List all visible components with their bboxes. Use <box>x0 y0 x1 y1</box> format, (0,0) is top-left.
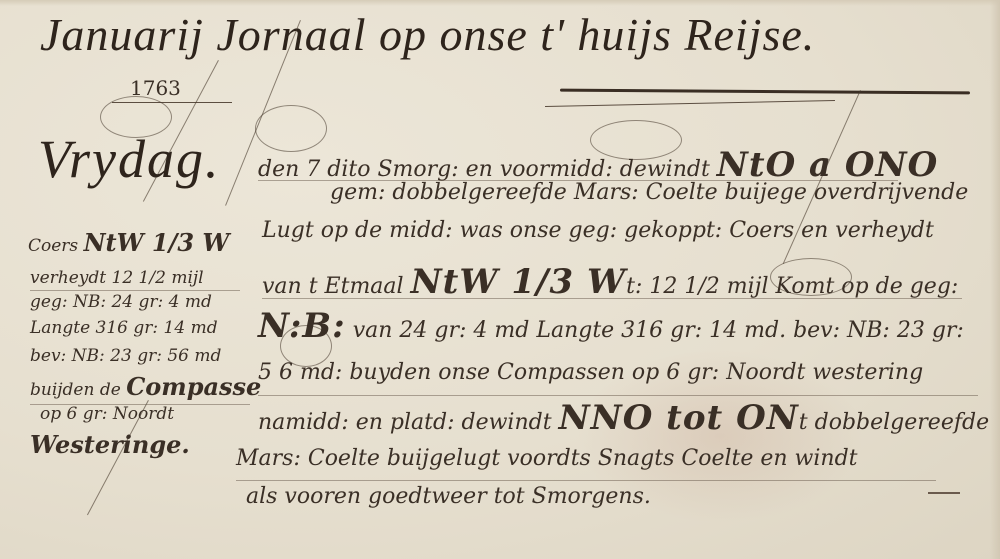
entry-line: den 7 dito Smorg: en voormidd: dewindt N… <box>258 145 938 185</box>
margin-course: NtW 1/3 W <box>84 228 230 257</box>
margin-line: Coers NtW 1/3 W <box>28 228 229 257</box>
paper-right-edge <box>990 0 1000 559</box>
entry-line: namidd: en platd: dewindt NNO tot ONt do… <box>258 398 989 438</box>
ruled-line <box>262 298 962 299</box>
wind-direction: NtO a ONO <box>717 145 938 185</box>
entry-line: Lugt op de midd: was onse geg: gekoppt: … <box>262 218 934 243</box>
entry-line: N:B: van 24 gr: 4 md Langte 316 gr: 14 m… <box>258 306 964 346</box>
margin-line: verheydt 12 1/2 mijl <box>30 268 204 288</box>
margin-line: op 6 gr: Noordt <box>40 404 174 424</box>
entry-line: 5 6 md: buyden onse Compassen op 6 gr: N… <box>258 360 923 385</box>
ruled-line <box>30 290 240 291</box>
entry-line: als vooren goedtweer tot Smorgens. <box>246 484 651 509</box>
margin-line: Westeringe. <box>30 430 190 459</box>
title-underline-flourish <box>545 100 835 107</box>
wind-direction: NNO tot ON <box>559 398 799 438</box>
margin-line: geg: NB: 24 gr: 4 md <box>30 292 212 312</box>
entry-line: gem: dobbelgereefde Mars: Coelte buijege… <box>330 180 968 205</box>
margin-line: buijden de Compasse <box>30 372 261 401</box>
latitude-label: N:B: <box>258 306 346 346</box>
ruled-line <box>258 395 978 396</box>
entry-line: van t Etmaal NtW 1/3 Wt: 12 1/2 mijl Kom… <box>262 262 958 302</box>
journal-page: Januarij Jornaal op onse t' huijs Reijse… <box>0 0 1000 559</box>
paper-top-edge <box>0 0 1000 6</box>
page-title: Januarij Jornaal op onse t' huijs Reijse… <box>40 8 815 61</box>
course-direction: NtW 1/3 W <box>411 262 627 302</box>
entry-line: Mars: Coelte buijgelugt voordts Snagts C… <box>236 446 858 471</box>
margin-compasse: Compasse <box>126 372 261 401</box>
ruled-line <box>236 480 936 481</box>
title-underline <box>560 89 970 95</box>
day-heading: Vrydag. <box>38 128 220 190</box>
margin-line: bev: NB: 23 gr: 56 md <box>30 346 221 366</box>
margin-line: Langte 316 gr: 14 md <box>30 318 218 338</box>
end-line-dash <box>928 492 960 494</box>
